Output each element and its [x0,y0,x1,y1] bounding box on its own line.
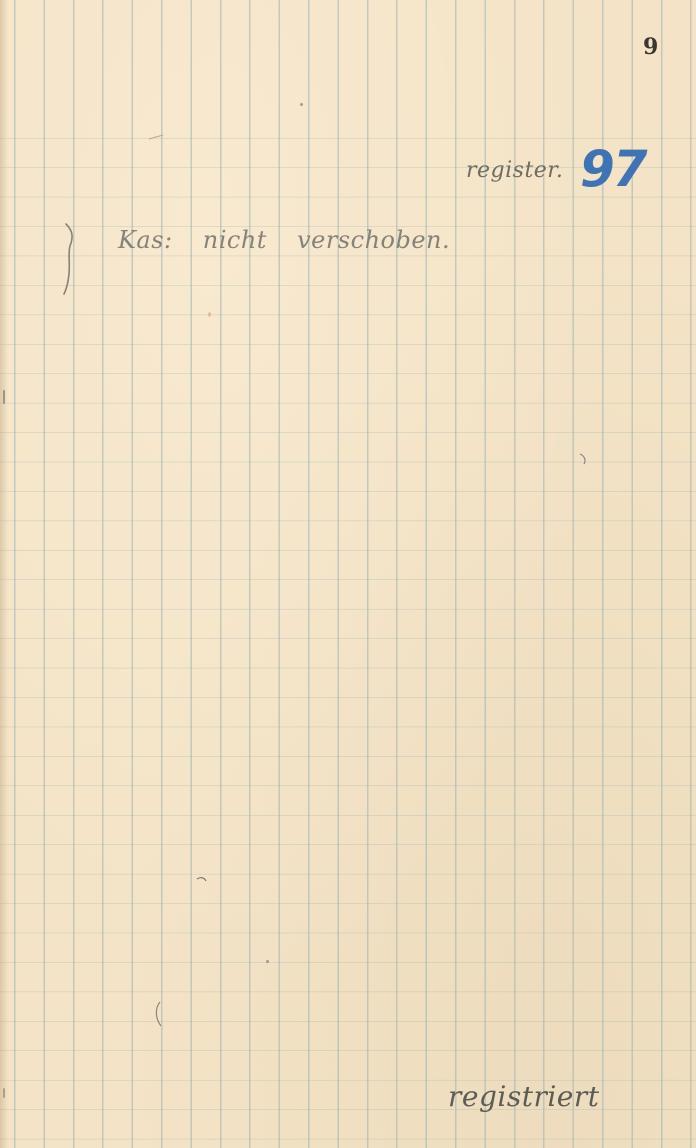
register-number: 97 [580,140,646,198]
grid-horizontal-lines [0,109,696,1148]
stray-mark [578,452,590,466]
registered-signoff: registriert [448,1080,600,1113]
notebook-page: 9 register. 97 Kas: nicht verschoben. re… [0,0,696,1148]
page-number: 9 [643,34,658,60]
paper-speck [3,1088,5,1098]
handwritten-note: Kas: nicht verschoben. [118,226,450,254]
stray-mark [148,134,164,140]
paper-speck [266,960,269,963]
page-binding-edge [0,0,8,1148]
brace-mark-icon [62,222,78,296]
stray-mark [152,1000,164,1028]
paper-speck [3,390,5,404]
paper-speck [300,103,303,106]
stray-mark [196,876,208,884]
paper-speck [208,312,211,317]
register-label: register. [466,158,563,183]
